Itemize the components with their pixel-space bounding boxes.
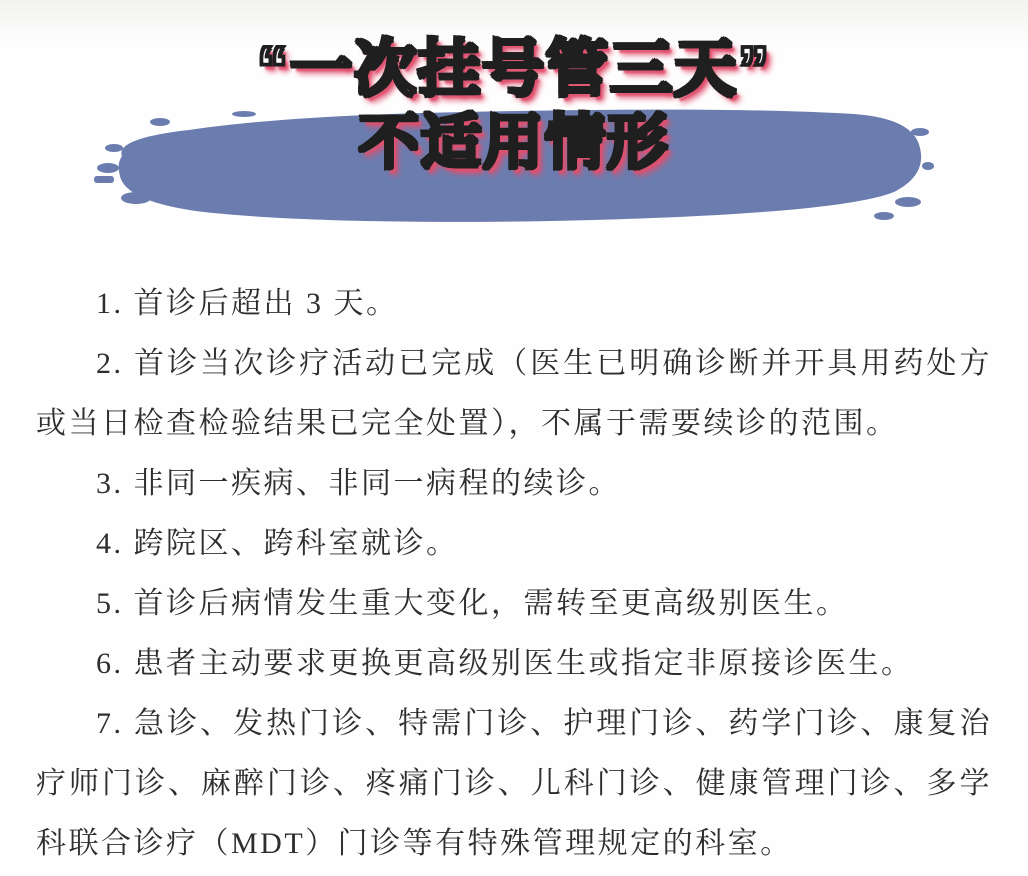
notice-list: 1. 首诊后超出 3 天。 2. 首诊当次诊疗活动已完成（医生已明确诊断并开具用…: [0, 240, 1028, 874]
list-item: 3. 非同一疾病、非同一病程的续诊。: [36, 454, 992, 514]
list-item: 5. 首诊后病情发生重大变化，需转至更高级别医生。: [36, 574, 992, 634]
list-item: 6. 患者主动要求更换更高级别医生或指定非原接诊医生。: [36, 634, 992, 694]
title-block: “一次挂号管三天” 不适用情形: [0, 0, 1028, 240]
page-title-line-1: “一次挂号管三天”: [0, 34, 1028, 106]
list-item: 1. 首诊后超出 3 天。: [36, 274, 992, 334]
list-item: 2. 首诊当次诊疗活动已完成（医生已明确诊断并开具用药处方或当日检查检验结果已完…: [36, 334, 992, 454]
list-item: 4. 跨院区、跨科室就诊。: [36, 514, 992, 574]
page-title-line-2: 不适用情形: [0, 108, 1028, 178]
list-item: 7. 急诊、发热门诊、特需门诊、护理门诊、药学门诊、康复治疗师门诊、麻醉门诊、疼…: [36, 694, 992, 874]
